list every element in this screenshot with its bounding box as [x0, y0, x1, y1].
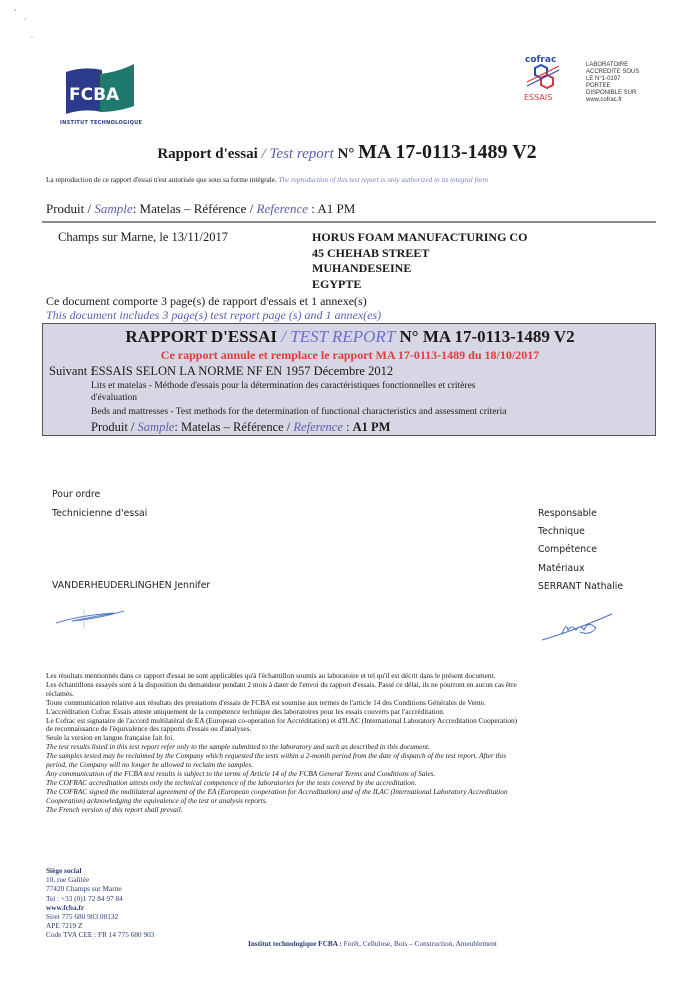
suivant-label: Suivant :: [49, 364, 94, 379]
reference-value: : A1 PM: [308, 201, 355, 216]
cofrac-line: ACCREDITE SOUS: [586, 69, 639, 76]
report-summary-box: RAPPORT D'ESSAI / TEST REPORT N° MA 17-0…: [42, 323, 656, 436]
product-label-fr: Produit /: [46, 201, 94, 216]
vat-code: Code TVA CEE : FR 14 775 680 903: [46, 930, 154, 939]
address-line: 77420 Champs sur Marne: [46, 884, 154, 893]
place-date: Champs sur Marne, le 13/11/2017: [58, 230, 228, 245]
cancellation-notice: Ce rapport annule et remplace le rapport…: [43, 348, 657, 363]
footer-institute: Institut technologique FCBA : Forêt, Cel…: [248, 939, 497, 948]
fcba-logo: FCBA: [64, 62, 136, 116]
ape-code: APE 7219 Z: [46, 921, 154, 930]
box-product-fr: Produit /: [91, 420, 138, 434]
cofrac-line: LABORATOIRE: [586, 62, 639, 69]
siret-number: Siret 775 680 903 00132: [46, 912, 154, 921]
signature-right-line: Responsable: [538, 505, 623, 523]
standard-description-fr-cont: d'évaluation: [91, 393, 137, 403]
fcba-subtitle: INSTITUT TECHNOLOGIQUE: [60, 120, 142, 126]
signature-right-line: Technique: [538, 523, 623, 541]
cofrac-line: DISPONIBLE SUR: [586, 90, 639, 97]
legal-line-en: The French version of this report shall …: [46, 806, 676, 815]
cofrac-logo: cofrac ESSAIS: [523, 52, 563, 104]
signature-right-name: SERRANT Nathalie: [538, 578, 623, 596]
standard-description-fr: Lits et matelas - Méthode d'essais pour …: [91, 381, 475, 391]
box-title-en: TEST REPORT: [290, 327, 395, 346]
institute-domains: Forêt, Cellulose, Bois – Construction, A…: [342, 939, 497, 948]
address-line: 10, rue Galilée: [46, 875, 154, 884]
svg-text:ESSAIS: ESSAIS: [524, 93, 552, 102]
legal-notice: Les résultats mentionnés dans ce rapport…: [46, 672, 676, 815]
fcba-logo-text: FCBA: [69, 85, 120, 105]
reference-label-en: Reference: [257, 201, 308, 216]
box-reference-en: Reference: [293, 420, 343, 434]
product-value: : Matelas – Référence /: [133, 201, 257, 216]
product-label-en: Sample: [94, 201, 132, 216]
scan-artifact: [10, 5, 40, 45]
cofrac-line: PORTEE: [586, 83, 639, 90]
title-fr: Rapport d'essai: [157, 146, 257, 162]
test-standard: ESSAIS SELON LA NORME NF EN 1957 Décembr…: [91, 364, 393, 379]
website-link[interactable]: www.fcba.fr: [46, 903, 154, 912]
box-title: RAPPORT D'ESSAI / TEST REPORT N° MA 17-0…: [43, 327, 657, 347]
cofrac-website: www.cofrac.fr: [586, 97, 639, 104]
page-count-en: This document includes 3 page(s) test re…: [46, 308, 381, 323]
reproduction-en: The reproduction of this test report is …: [277, 176, 488, 184]
page-count-fr: Ce document comporte 3 page(s) de rappor…: [46, 294, 367, 309]
signature-right-line: Compétence: [538, 541, 623, 559]
box-title-number: N° MA 17-0113-1489 V2: [395, 327, 574, 346]
reproduction-notice: La reproduction de ce rapport d'essai n'…: [46, 176, 488, 184]
phone-number: Tel : +33 (0)1 72 84 97 84: [46, 894, 154, 903]
cofrac-accreditation-text: LABORATOIRE ACCREDITE SOUS LE N°1-0197 P…: [586, 62, 639, 104]
legal-line-fr: Les échantillons essayés sont à la dispo…: [46, 681, 676, 690]
cofrac-line: LE N°1-0197: [586, 76, 639, 83]
box-reference-value: A1 PM: [353, 420, 391, 434]
box-title-fr: RAPPORT D'ESSAI: [125, 327, 277, 346]
recipient-street: 45 CHEHAB STREET: [312, 246, 527, 262]
footer-head-office: Siège social 10, rue Galilée 77420 Champ…: [46, 866, 154, 940]
box-product-value: : Matelas – Référence /: [174, 420, 293, 434]
standard-description-en: Beds and mattresses - Test methods for t…: [91, 407, 506, 417]
signature-left-icon: [52, 605, 132, 630]
box-title-sep: /: [277, 327, 290, 346]
box-product-line: Produit / Sample: Matelas – Référence / …: [91, 420, 390, 435]
signature-right-icon: [540, 608, 620, 644]
recipient-country: EGYPTE: [312, 277, 527, 293]
title-separator: /: [258, 146, 270, 162]
report-title: Rapport d'essai / Test report N° MA 17-0…: [0, 141, 694, 164]
title-no: N°: [334, 146, 358, 162]
product-line: Produit / Sample: Matelas – Référence / …: [46, 201, 355, 217]
signature-left-name: VANDERHEUDERLINGHEN Jennifer: [52, 580, 210, 591]
recipient-address: HORUS FOAM MANUFACTURING CO 45 CHEHAB ST…: [312, 230, 527, 292]
title-en: Test report: [269, 146, 333, 162]
recipient-company: HORUS FOAM MANUFACTURING CO: [312, 230, 527, 246]
signature-left-role: Technicienne d'essai: [52, 508, 147, 519]
institute-name: Institut technologique FCBA :: [248, 939, 342, 948]
box-product-en: Sample: [138, 420, 175, 434]
recipient-city: MUHANDESEINE: [312, 261, 527, 277]
svg-text:cofrac: cofrac: [525, 55, 556, 65]
reproduction-fr: La reproduction de ce rapport d'essai n'…: [46, 176, 277, 184]
signature-right: Responsable Technique Compétence Matéria…: [538, 505, 623, 596]
box-reference-sep: :: [343, 420, 353, 434]
signature-right-line: Matériaux: [538, 560, 623, 578]
report-number: MA 17-0113-1489 V2: [358, 141, 537, 163]
signature-left-line1: Pour ordre: [52, 489, 100, 500]
head-office-label: Siège social: [46, 866, 154, 875]
divider: [42, 221, 656, 223]
